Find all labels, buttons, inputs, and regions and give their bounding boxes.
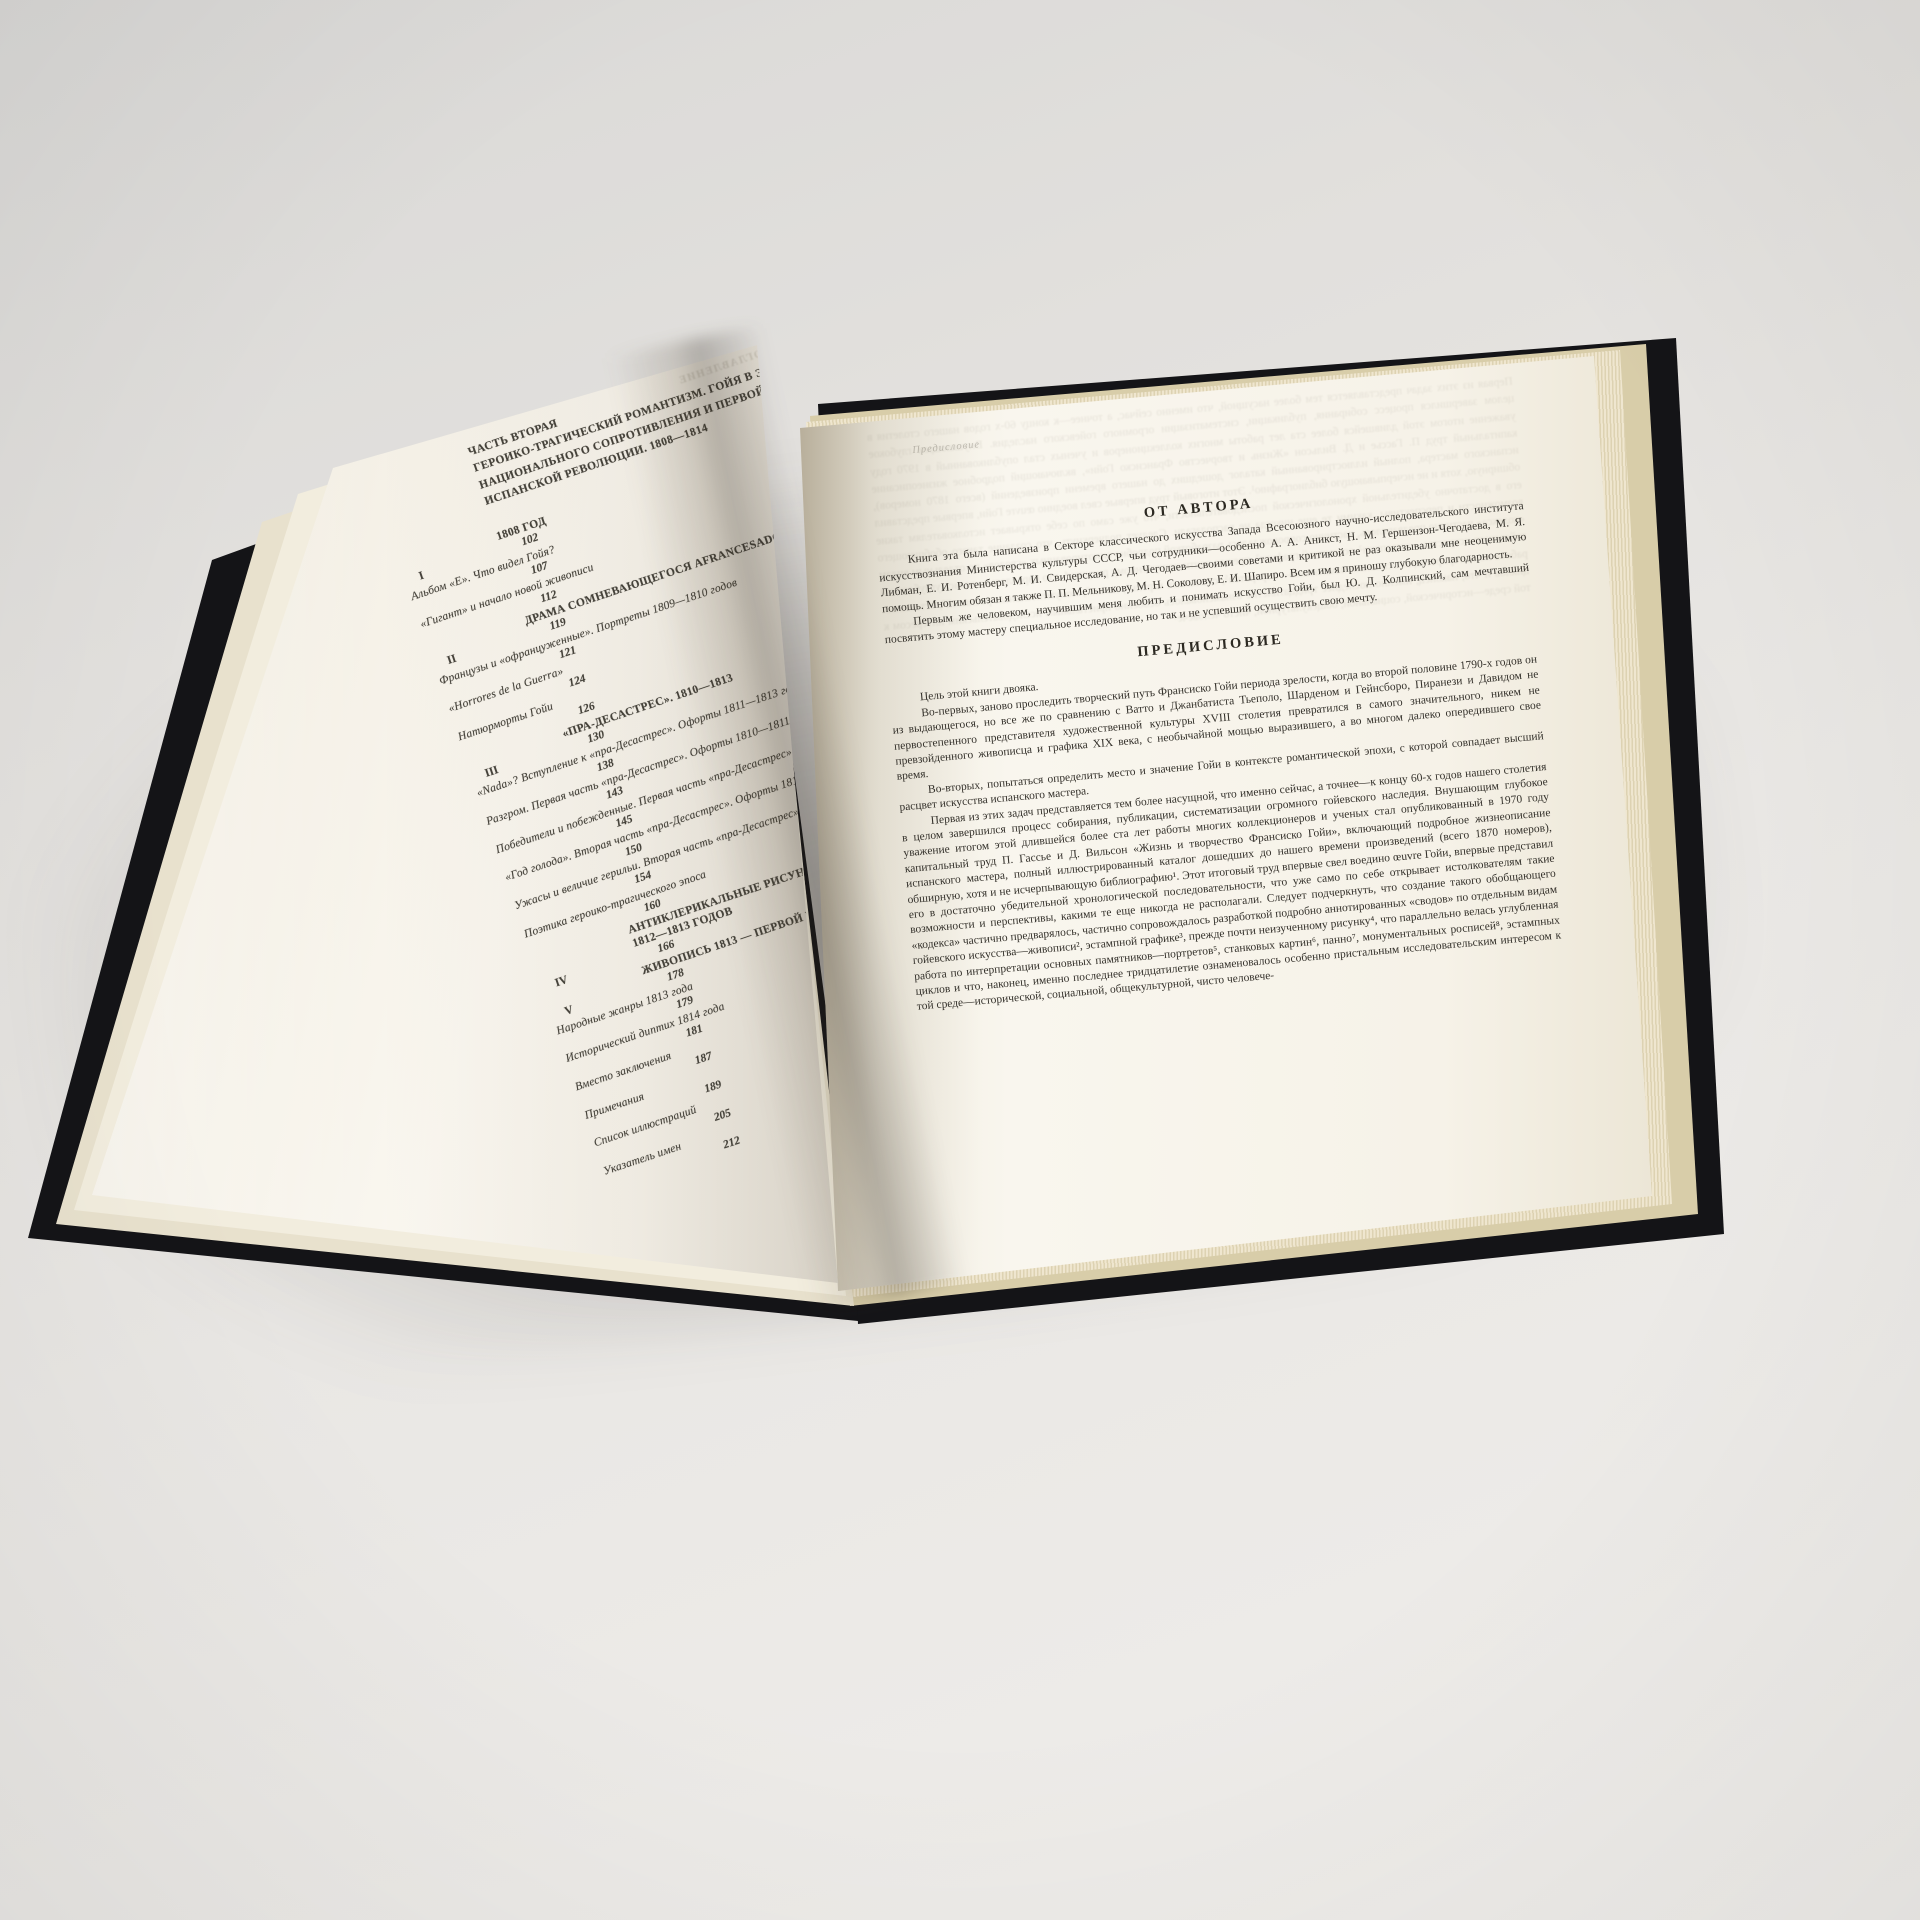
preface-paragraphs: Цель этой книги двояка.Во-первых, заново… (889, 637, 1563, 1016)
right-page-text-block: Первая из этих задач представляется тем … (868, 392, 1563, 1016)
photo-backdrop: Первая из этих задач представляется тем … (0, 0, 1920, 1920)
